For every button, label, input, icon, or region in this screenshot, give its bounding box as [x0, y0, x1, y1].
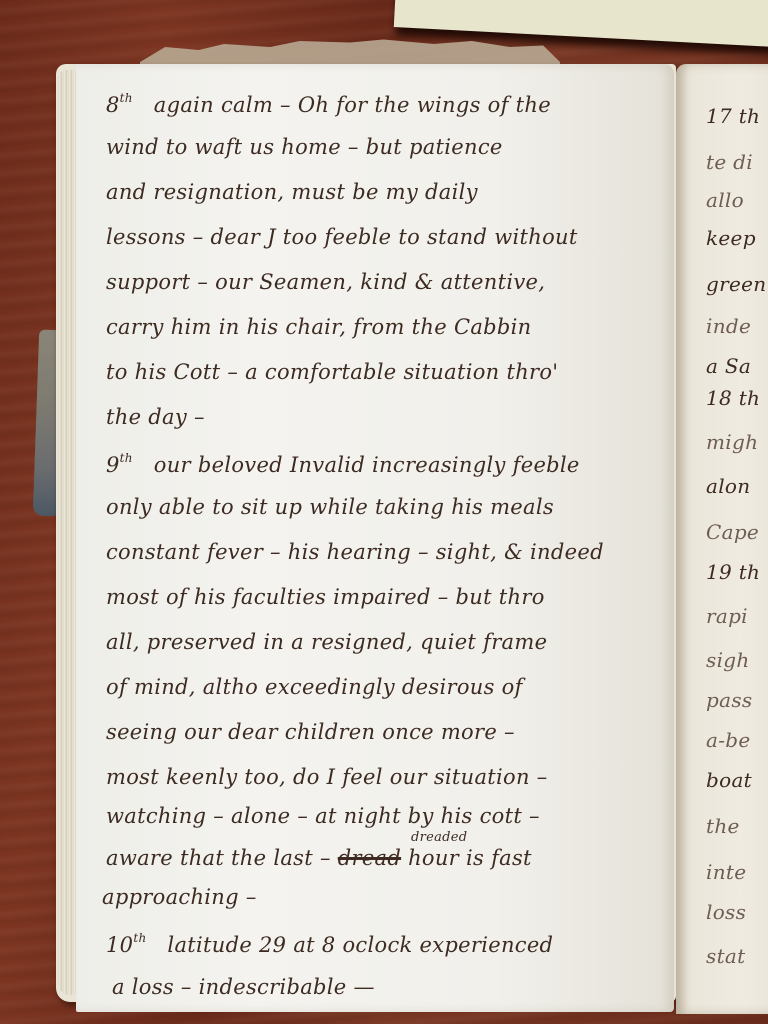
background-paper-sheet — [394, 0, 768, 49]
right-journal-page: 17 th te di allo keep green inde a Sa 18… — [676, 64, 768, 1014]
right-page-fragment: alon — [706, 474, 750, 498]
right-page-fragment: inde — [706, 314, 751, 338]
struck-out-word: dread — [338, 846, 401, 870]
journal-line: 8th again calm – Oh for the wings of the — [106, 92, 551, 116]
journal-line: constant fever – his hearing – sight, & … — [106, 542, 604, 563]
journal-line: the day – — [106, 407, 205, 428]
journal-line: 9th our beloved Invalid increasingly fee… — [106, 452, 580, 476]
right-page-fragment: stat — [706, 944, 745, 968]
right-page-fragment: keep — [706, 226, 756, 250]
journal-line: wind to waft us home – but patience — [106, 137, 503, 158]
right-page-fragment: a-be — [706, 728, 751, 752]
right-page-fragment: the — [706, 814, 740, 838]
journal-line: most of his faculties impaired – but thr… — [106, 587, 545, 608]
journal-line: support – our Seamen, kind & attentive, — [106, 272, 545, 293]
journal-line: of mind, altho exceedingly desirous of — [106, 677, 523, 698]
right-page-fragment: 17 th — [706, 104, 760, 128]
right-page-fragment: a Sa — [706, 354, 751, 378]
entry-date: 9 — [106, 453, 120, 477]
inserted-correction: dreaded — [411, 830, 467, 845]
right-page-fragment: sigh — [706, 648, 750, 672]
right-page-fragment: migh — [706, 430, 758, 454]
journal-line: watching – alone – at night by his cott … — [106, 806, 540, 827]
journal-line: only able to sit up while taking his mea… — [106, 497, 554, 518]
journal-line: carry him in his chair, from the Cabbin — [106, 317, 531, 338]
page-edges — [58, 70, 78, 995]
entry-date: 8 — [106, 93, 120, 117]
right-page-fragment: te di — [706, 150, 753, 174]
right-page-fragment: loss — [706, 900, 746, 924]
right-page-fragment: boat — [706, 768, 752, 792]
journal-line: a loss – indescribable — — [112, 977, 375, 998]
right-page-fragment: allo — [706, 188, 744, 212]
right-page-fragment: pass — [706, 688, 752, 712]
journal-line: aware that the last – dread hour is fast — [106, 848, 532, 869]
journal-line: most keenly too, do I feel our situation… — [106, 767, 548, 788]
right-page-fragment: rapi — [706, 604, 748, 628]
journal-line: all, preserved in a resigned, quiet fram… — [106, 632, 547, 653]
entry-date: 10 — [106, 933, 133, 957]
journal-line: and resignation, must be my daily — [106, 182, 478, 203]
journal-line: 10th latitude 29 at 8 oclock experienced — [106, 932, 553, 956]
right-page-fragment: Cape — [706, 520, 759, 544]
right-page-fragment: 18 th — [706, 386, 760, 410]
journal-line: to his Cott – a comfortable situation th… — [106, 362, 558, 383]
journal-line: approaching – — [102, 887, 257, 908]
journal-line: lessons – dear J too feeble to stand wit… — [106, 227, 578, 248]
right-page-fragment: 19 th — [706, 560, 760, 584]
left-journal-page: 8th again calm – Oh for the wings of the… — [76, 64, 674, 1012]
right-page-fragment: green — [706, 272, 766, 296]
journal-line: seeing our dear children once more – — [106, 722, 515, 743]
right-page-fragment: inte — [706, 860, 746, 884]
